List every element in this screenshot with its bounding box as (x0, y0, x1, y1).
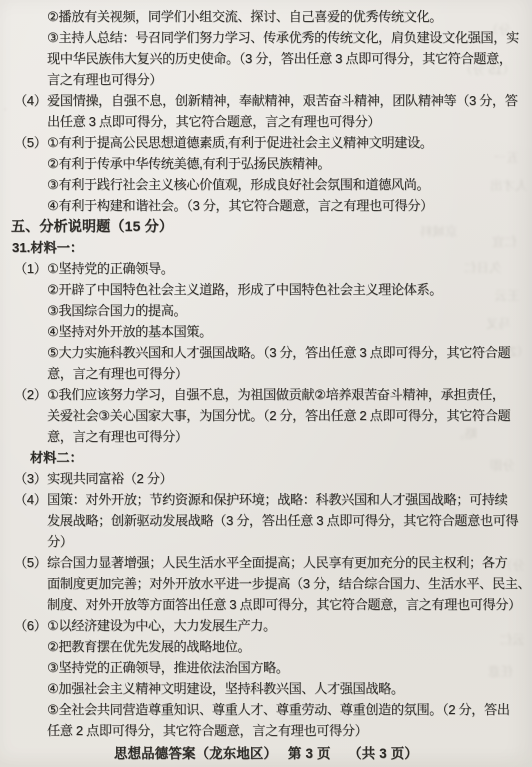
text-line: （1）①坚持党的正确领导。 (0, 258, 532, 279)
item-number: （5） (14, 132, 47, 153)
text-line: ②有利于传承中华传统美德,有利于弘扬民族精神。 (0, 153, 532, 174)
line-text: ①有利于提高公民思想道德素质,有利于促进社会主义精神文明建设。 (47, 132, 532, 153)
text-line: （4）国策：对外开放；节约资源和保护环境；战略：科教兴国和人才强国战略；可持续 (0, 489, 532, 510)
text-line: ③我国综合国力的提高。 (0, 300, 532, 321)
item-number: （5） (14, 552, 47, 573)
text-line: （5）综合国力显著增强；人民生活水平全面提高；人民享有更加充分的民主权利；各方 (0, 552, 532, 573)
text-line: （5）①有利于提高公民思想道德素质,有利于促进社会主义精神文明建设。 (0, 132, 532, 153)
text-line: 关爱社会③关心国家大事，为国分忧。（2 分，答出任意 2 点即可得分，其它符合题 (0, 405, 532, 426)
text-line: 分） (0, 531, 532, 552)
text-line: 材料二： (0, 447, 532, 468)
text-line: 五、分析说明题（15 分） (0, 216, 532, 237)
text-line: 制度、对外开放等方面答出任意 3 点即可得分，其它符合题意，言之有理也可得分） (0, 594, 532, 615)
line-text: ①我们应该努力学习，自强不息，为祖国做贡献②培养艰苦奋斗精神，承担责任， (47, 384, 532, 405)
scanned-answer-key-page: 分）（15 分）·五一人才出京城料仁宜久日仁王云马叉（2）略。分即分）云仁任意 … (0, 0, 532, 767)
item-number: （3） (14, 468, 47, 489)
text-line: ③有利于践行社会主义核心价值观，形成良好社会氛围和道德风尚。 (0, 174, 532, 195)
text-line: ③主持人总结：号召同学们努力学习、传承优秀的传统文化，肩负建设文化强国，实 (0, 27, 532, 48)
text-line: 发展战略；创新驱动发展战略（3 分，答出任意 3 点即可得分，其它符合题意也可得 (0, 510, 532, 531)
text-line: ④加强社会主义精神文明建设，坚持科教兴国、人才强国战略。 (0, 678, 532, 699)
item-number: （4） (14, 90, 47, 111)
page-footer: 思想品德答案（龙东地区） 第 3 页 （共 3 页） (0, 743, 532, 762)
text-line: 言之有理也可得分） (0, 69, 532, 90)
text-line: ③坚持党的正确领导，推进依法治国方略。 (0, 657, 532, 678)
answer-text-block: ②播放有关视频，同学们小组交流、探讨、自己喜爱的优秀传统文化。③主持人总结：号召… (0, 6, 532, 741)
text-line: 现中华民族伟大复兴的历史使命。（3 分，答出任意 3 点即可得分，其它符合题意， (0, 48, 532, 69)
line-text: 国策：对外开放；节约资源和保护环境；战略：科教兴国和人才强国战略；可持续 (47, 489, 532, 510)
item-number: （6） (14, 615, 47, 636)
text-line: （6）①以经济建设为中心，大力发展生产力。 (0, 615, 532, 636)
text-line: 31.材料一： (0, 237, 532, 258)
text-line: （3）实现共同富裕（2 分） (0, 468, 532, 489)
line-text: 综合国力显著增强；人民生活水平全面提高；人民享有更加充分的民主权利；各方 (47, 552, 532, 573)
text-line: ⑤大力实施科教兴国和人才强国战略。（3 分，答出任意 3 点即可得分，其它符合题 (0, 342, 532, 363)
line-text: 爱国情操，自强不息，创新精神，奉献精神，艰苦奋斗精神，团队精神等（3 分，答 (47, 90, 532, 111)
text-line: ②把教育摆在优先发展的战略地位。 (0, 636, 532, 657)
text-line: ②开辟了中国特色社会主义道路，形成了中国特色社会主义理论体系。 (0, 279, 532, 300)
text-line: 出任意 3 点即可得分，其它符合题意，言之有理也可得分） (0, 111, 532, 132)
text-line: 面制度更加完善；对外开放水平进一步提高（3 分，结合综合国力、生活水平、民主、 (0, 573, 532, 594)
item-number: （2） (14, 384, 47, 405)
text-line: （4）爱国情操，自强不息，创新精神，奉献精神，艰苦奋斗精神，团队精神等（3 分，… (0, 90, 532, 111)
text-line: ⑤全社会共同营造尊重知识、尊重人才、尊重劳动、尊重创造的氛围。（2 分，答出 (0, 699, 532, 720)
text-line: （2）①我们应该努力学习，自强不息，为祖国做贡献②培养艰苦奋斗精神，承担责任， (0, 384, 532, 405)
line-text: ①坚持党的正确领导。 (47, 258, 532, 279)
text-line: ④有利于构建和谐社会。（3 分，其它符合题意，言之有理也可得分） (0, 195, 532, 216)
footer-text: 思想品德答案（龙东地区） 第 3 页 （共 3 页） (114, 746, 418, 761)
line-text: 实现共同富裕（2 分） (47, 468, 532, 489)
text-line: ④坚持对外开放的基本国策。 (0, 321, 532, 342)
item-number: （1） (14, 258, 47, 279)
text-line: ②播放有关视频，同学们小组交流、探讨、自己喜爱的优秀传统文化。 (0, 6, 532, 27)
line-text: ①以经济建设为中心，大力发展生产力。 (47, 615, 532, 636)
text-line: 任意 2 点即可得分，其它符合题意，言之有理也可得分） (0, 720, 532, 741)
item-number: （4） (14, 489, 47, 510)
text-line: 意，言之有理也可得分） (0, 426, 532, 447)
text-line: 意，言之有理也可得分） (0, 363, 532, 384)
